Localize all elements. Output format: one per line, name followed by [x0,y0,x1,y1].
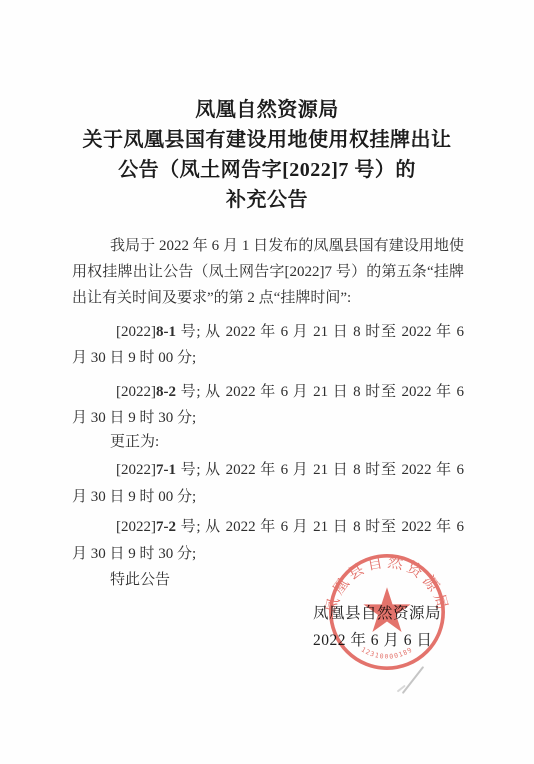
document-title: 凤凰自然资源局 关于凤凰县国有建设用地使用权挂牌出让 公告（凤土网告字[2022… [0,95,534,215]
title-line-4: 补充公告 [0,185,534,215]
lot-prefix: [2022] [116,519,156,535]
correction-label: 更正为: [72,431,464,454]
lot-prefix: [2022] [116,384,156,400]
signature-block: 凤凰县自然资源局 2022 年 6 月 6 日 [313,600,441,654]
lot-number: 7-2 [156,519,176,535]
signature-org: 凤凰县自然资源局 [313,600,441,627]
lot-prefix: [2022] [116,324,156,340]
lot-number: 8-2 [156,384,176,400]
lot-paragraph-8-1: [2022]8-1 号; 从 2022 年 6 月 21 日 8 时至 2022… [72,319,464,371]
title-line-3: 公告（凤土网告字[2022]7 号）的 [0,155,534,185]
lot-number: 8-1 [156,324,176,340]
lot-prefix: [2022] [116,462,156,478]
intro-paragraph: 我局于 2022 年 6 月 1 日发布的凤凰县国有建设用地使用权挂牌出让公告（… [72,233,464,311]
lot-paragraph-7-2: [2022]7-2 号; 从 2022 年 6 月 21 日 8 时至 2022… [72,514,464,568]
signature-date: 2022 年 6 月 6 日 [313,627,441,654]
lot-paragraph-8-2: [2022]8-2 号; 从 2022 年 6 月 21 日 8 时至 2022… [72,379,464,431]
lot-number: 7-1 [156,462,176,478]
document-body: 我局于 2022 年 6 月 1 日发布的凤凰县国有建设用地使用权挂牌出让公告（… [72,233,464,592]
closing-line: 特此公告 [72,568,464,592]
document-page: 凤凰自然资源局 关于凤凰县国有建设用地使用权挂牌出让 公告（凤土网告字[2022… [0,0,534,764]
lot-paragraph-7-1: [2022]7-1 号; 从 2022 年 6 月 21 日 8 时至 2022… [72,457,464,511]
title-line-2: 关于凤凰县国有建设用地使用权挂牌出让 [0,125,534,155]
pen-scratch-mark [402,666,425,694]
title-line-1: 凤凰自然资源局 [0,95,534,125]
